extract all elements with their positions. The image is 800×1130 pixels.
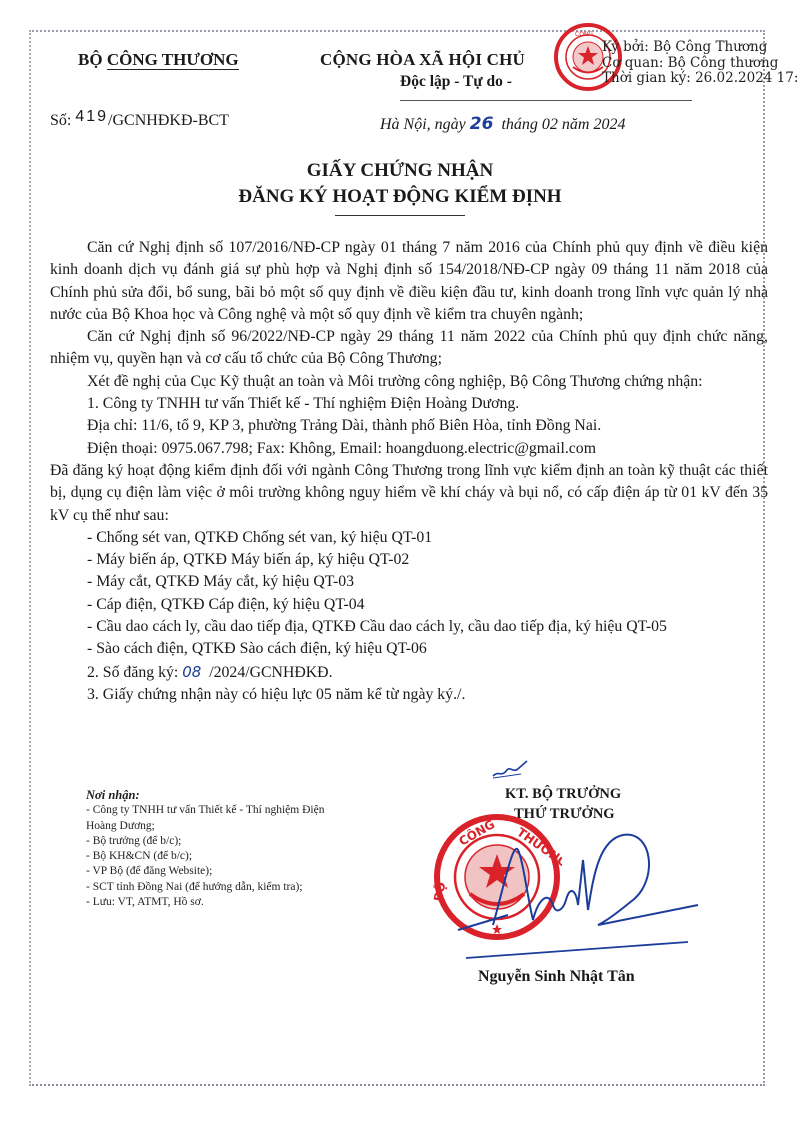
company-contact: Điện thoại: 0975.067.798; Fax: Không, Em… <box>50 438 768 460</box>
scope-paragraph: Đã đăng ký hoạt động kiểm định đối với n… <box>50 460 768 527</box>
initial-mark-icon <box>491 758 531 780</box>
list-item: - Cầu dao cách ly, cầu dao tiếp địa, QTK… <box>50 616 768 638</box>
company-address: Địa chỉ: 11/6, tổ 9, KP 3, phường Trảng … <box>50 415 768 437</box>
recipient-item: Hoàng Dương; <box>86 819 324 834</box>
signatory-title: KT. BỘ TRƯỞNG <box>505 786 621 803</box>
list-item: - Cáp điện, QTKĐ Cáp điện, ký hiệu QT-04 <box>50 594 768 616</box>
certificate-title: GIẤY CHỨNG NHẬN <box>0 160 800 182</box>
recipient-item: - SCT tỉnh Đồng Nai (để hướng dẫn, kiểm … <box>86 880 324 895</box>
recipient-item: - Công ty TNHH tư vấn Thiết kế - Thí ngh… <box>86 803 324 818</box>
svg-text:CÔNG: CÔNG <box>575 31 593 38</box>
title-underline <box>335 215 465 216</box>
document-number: Số: 419/GCNHĐKĐ-BCT <box>50 112 229 130</box>
validity-statement: 3. Giấy chứng nhận này có hiệu lực 05 nă… <box>50 684 768 706</box>
legal-basis-2: Căn cứ Nghị định số 96/2022/NĐ-CP ngày 2… <box>50 326 768 371</box>
svg-text:BỘ: BỘ <box>432 881 448 903</box>
list-item: - Chống sét van, QTKĐ Chống sét van, ký … <box>50 527 768 549</box>
proposal-paragraph: Xét đề nghị của Cục Kỹ thuật an toàn và … <box>50 371 768 393</box>
handwritten-signature-icon <box>448 820 708 960</box>
national-motto: Độc lập - Tự do - <box>400 73 512 91</box>
registration-number: 2. Số đăng ký: 08 /2024/GCNHĐKĐ. <box>50 661 768 684</box>
motto-underline <box>400 100 692 101</box>
ministry-name: BỘ CÔNG THƯƠNG <box>78 50 239 70</box>
certificate-subtitle: ĐĂNG KÝ HOẠT ĐỘNG KIỂM ĐỊNH <box>0 186 800 208</box>
list-item: - Sào cách điện, QTKĐ Sào cách điện, ký … <box>50 638 768 660</box>
certificate-body: Căn cứ Nghị định số 107/2016/NĐ-CP ngày … <box>50 237 768 706</box>
national-title: CỘNG HÒA XÃ HỘI CHỦ <box>320 50 525 70</box>
list-item: - Máy biến áp, QTKĐ Máy biến áp, ký hiệu… <box>50 549 768 571</box>
legal-basis-1: Căn cứ Nghị định số 107/2016/NĐ-CP ngày … <box>50 237 768 326</box>
signatory-name: Nguyễn Sinh Nhật Tân <box>478 968 635 986</box>
document-number-value: 419 <box>75 108 108 125</box>
recipients-list: Nơi nhận: - Công ty TNHH tư vấn Thiết kế… <box>86 788 324 910</box>
list-item: - Máy cắt, QTKĐ Máy cắt, ký hiệu QT-03 <box>50 571 768 593</box>
digital-signature-info: Ký bởi: Bộ Công Thương Cơ quan: Bộ Công … <box>602 40 800 87</box>
issue-date: Hà Nội, ngày 26 tháng 02 năm 2024 <box>380 114 625 134</box>
recipient-item: - Bộ KH&CN (để b/c); <box>86 849 324 864</box>
company-name: 1. Công ty TNHH tư vấn Thiết kế - Thí ng… <box>50 393 768 415</box>
handwritten-reg-number: 08 <box>182 663 201 681</box>
recipient-item: - Bộ trưởng (để b/c); <box>86 834 324 849</box>
handwritten-day: 26 <box>470 114 494 134</box>
recipient-item: - Lưu: VT, ATMT, Hồ sơ. <box>86 895 324 910</box>
recipients-heading: Nơi nhận: <box>86 788 324 803</box>
recipient-item: - VP Bộ (để đăng Website); <box>86 864 324 879</box>
